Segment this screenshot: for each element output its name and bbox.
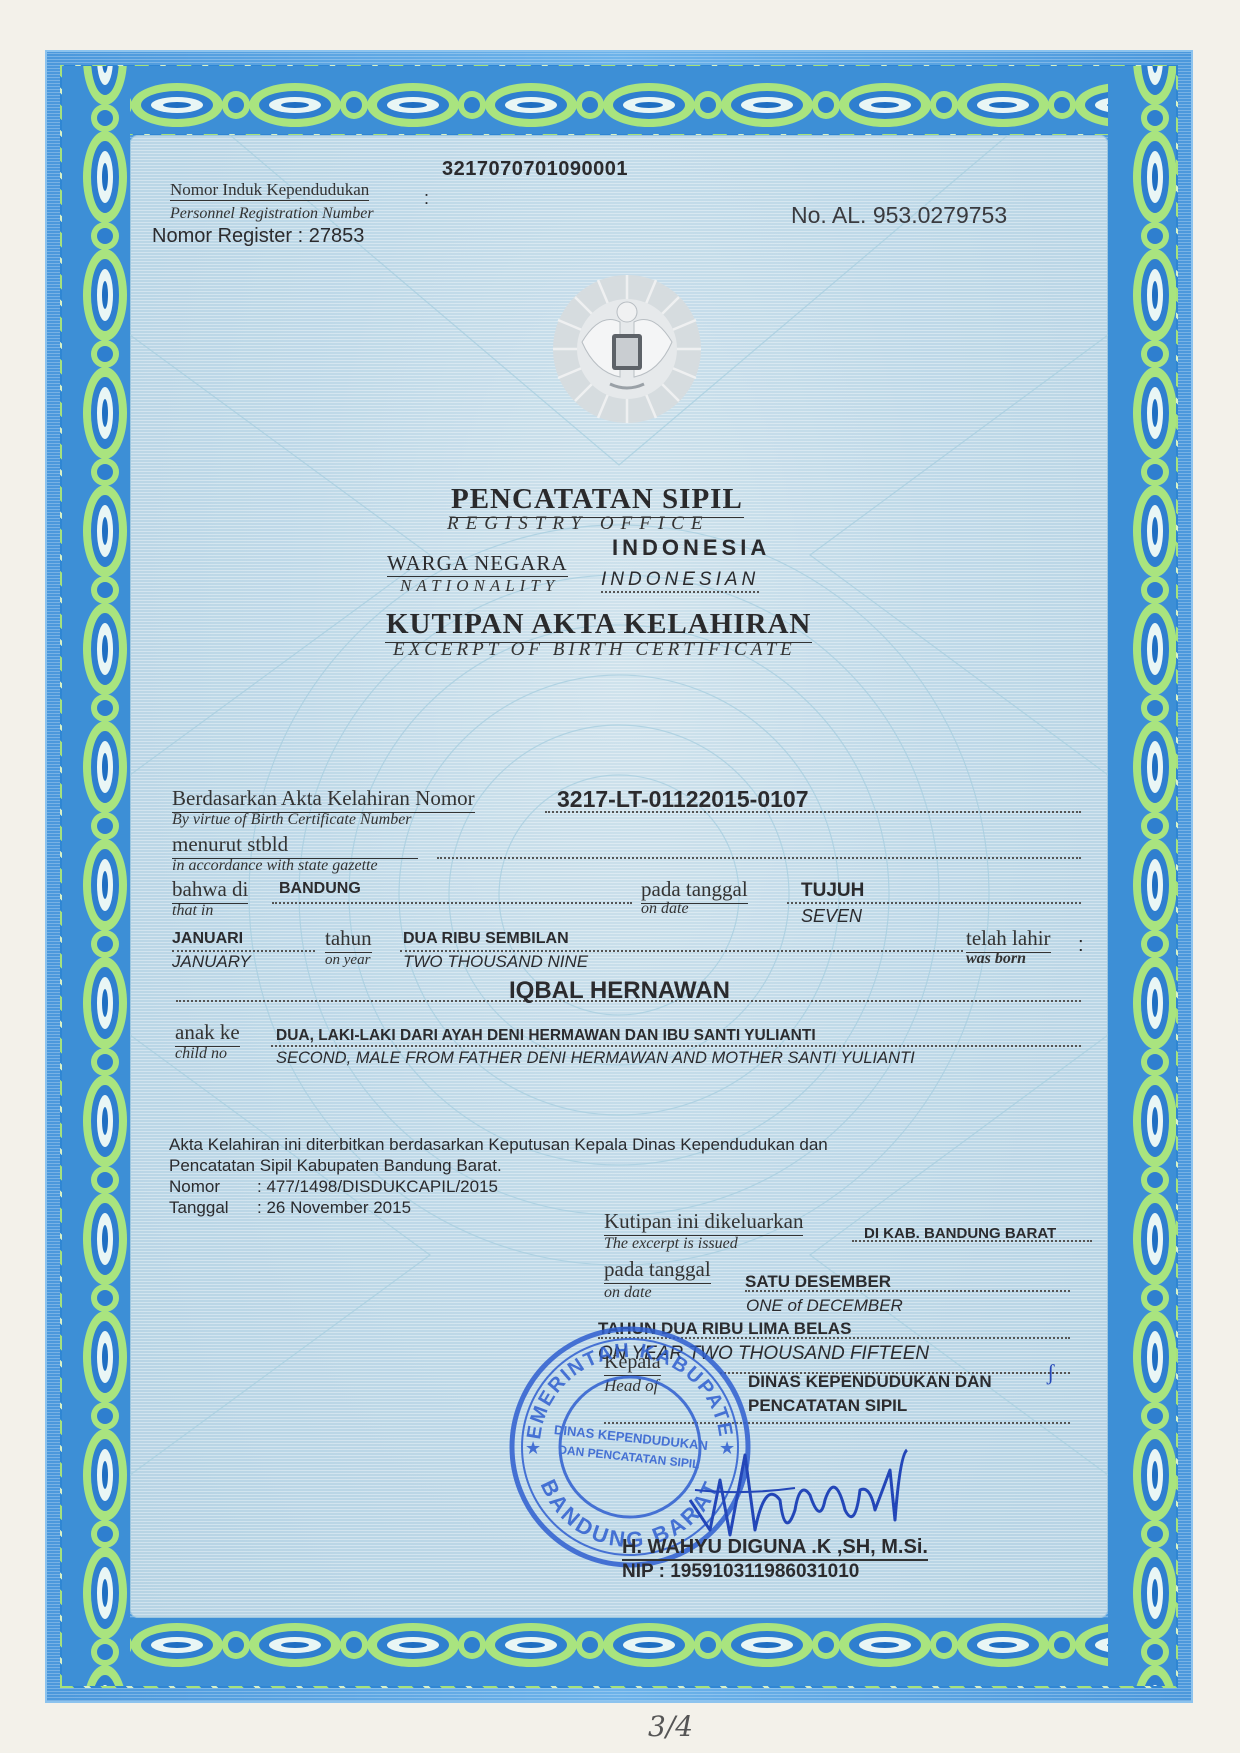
initial-mark: ʃ (1047, 1360, 1054, 1386)
nik-colon: : (424, 188, 429, 209)
born-colon: : (1078, 934, 1084, 957)
head-dotline-2 (604, 1422, 1070, 1424)
birth-date-value: TUJUH (801, 880, 864, 902)
issue-date-dotline (745, 1290, 1070, 1292)
register-value: 27853 (309, 225, 365, 247)
place-dotline (272, 902, 632, 904)
stbld-label: menurut stbld (172, 832, 418, 859)
issue-date-value-en: ONE of DECEMBER (746, 1296, 903, 1316)
issued-label-en: The excerpt is issued (604, 1235, 738, 1253)
head-value-2: PENCATATAN SIPIL (748, 1396, 907, 1416)
decree-block: Akta Kelahiran ini diterbitkan berdasark… (169, 1134, 828, 1218)
head-label-en: Head of (604, 1376, 658, 1396)
decree-number-value: : 477/1498/DISDUKCAPIL/2015 (257, 1177, 498, 1196)
cert-number-label-en: By virtue of Birth Certificate Number (172, 811, 412, 829)
born-label-en: was born (966, 950, 1026, 968)
signature-icon (685, 1440, 915, 1550)
register-label: Nomor Register : (152, 225, 303, 247)
birth-month-value-en: JANUARY (172, 952, 251, 972)
nik-label: Nomor Induk Kependudukan (170, 180, 369, 201)
child-name: IQBAL HERNAWAN (505, 977, 734, 1005)
garuda-pancasila-emblem-icon (550, 272, 704, 426)
stbld-dotline (437, 857, 1081, 859)
cert-number-label: Berdasarkan Akta Kelahiran Nomor (172, 786, 475, 813)
born-label: telah lahir (966, 926, 1051, 953)
birth-year-value: DUA RIBU SEMBILAN (403, 930, 569, 948)
child-no-value-en: SECOND, MALE FROM FATHER DENI HERMAWAN A… (276, 1049, 915, 1068)
nik-value: 3217070701090001 (442, 158, 628, 181)
issue-year-value: TAHUN DUA RIBU LIMA BELAS (598, 1319, 851, 1339)
issue-date-value: SATU DESEMBER (745, 1272, 891, 1292)
stbld-label-en: in accordance with state gazette (172, 857, 378, 875)
child-no-label: anak ke (175, 1020, 240, 1047)
nik-label-en: Personnel Registration Number (170, 205, 374, 223)
issue-date-label-en: on date (604, 1284, 652, 1302)
official-nip: NIP : 195910311986031010 (622, 1561, 859, 1583)
nationality-value-en: INDONESIAN (601, 569, 759, 593)
place-value: BANDUNG (279, 880, 361, 898)
decree-date-value: : 26 November 2015 (257, 1198, 411, 1217)
office-title-en: REGISTRY OFFICE (447, 513, 709, 535)
child-no-dotline (271, 1045, 1081, 1047)
decree-line-1: Akta Kelahiran ini diterbitkan berdasark… (169, 1134, 828, 1155)
decree-date-label: Tanggal (169, 1197, 257, 1218)
place-label-en: that in (172, 902, 213, 920)
birth-date-value-en: SEVEN (801, 906, 862, 927)
issue-year-dotline (598, 1337, 1070, 1339)
decree-line-2: Pencatatan Sipil Kabupaten Bandung Barat… (169, 1155, 828, 1176)
nationality-value: INDONESIA (612, 535, 770, 561)
place-label: bahwa di (172, 877, 248, 904)
head-label: Kepala (604, 1351, 661, 1376)
child-no-label-en: child no (175, 1045, 227, 1063)
birth-year-value-en: TWO THOUSAND NINE (403, 952, 588, 972)
official-name: H. WAHYU DIGUNA .K ,SH, M.Si. (622, 1536, 928, 1561)
page-mark: 3/4 (648, 1710, 693, 1743)
head-value-1: DINAS KEPENDUDUKAN DAN (748, 1372, 992, 1392)
issued-place: DI KAB. BANDUNG BARAT (864, 1225, 1056, 1242)
child-no-value: DUA, LAKI-LAKI DARI AYAH DENI HERMAWAN D… (276, 1027, 816, 1045)
issued-label: Kutipan ini dikeluarkan (604, 1209, 803, 1236)
nationality-label: WARGA NEGARA (387, 551, 568, 577)
cert-number-dotline (545, 811, 1081, 813)
birth-year-label-en: on year (325, 952, 370, 969)
issue-date-label: pada tanggal (604, 1257, 711, 1284)
birth-date-label-en: on date (641, 900, 689, 918)
birth-month-value: JANUARI (172, 930, 243, 948)
decree-number-label: Nomor (169, 1176, 257, 1197)
nationality-label-en: NATIONALITY (400, 576, 559, 596)
document-title: KUTIPAN AKTA KELAHIRAN (385, 608, 812, 643)
cert-number-value: 3217-LT-01122015-0107 (557, 786, 809, 813)
decree-number: Nomor: 477/1498/DISDUKCAPIL/2015 (169, 1176, 828, 1197)
birth-date-dotline (787, 902, 1081, 904)
register-number: Nomor Register : 27853 (152, 225, 364, 248)
document-title-en: EXCERPT OF BIRTH CERTIFICATE (393, 639, 796, 661)
birth-year-label: tahun (325, 926, 372, 953)
serial-number: No. AL. 953.0279753 (791, 202, 1007, 229)
